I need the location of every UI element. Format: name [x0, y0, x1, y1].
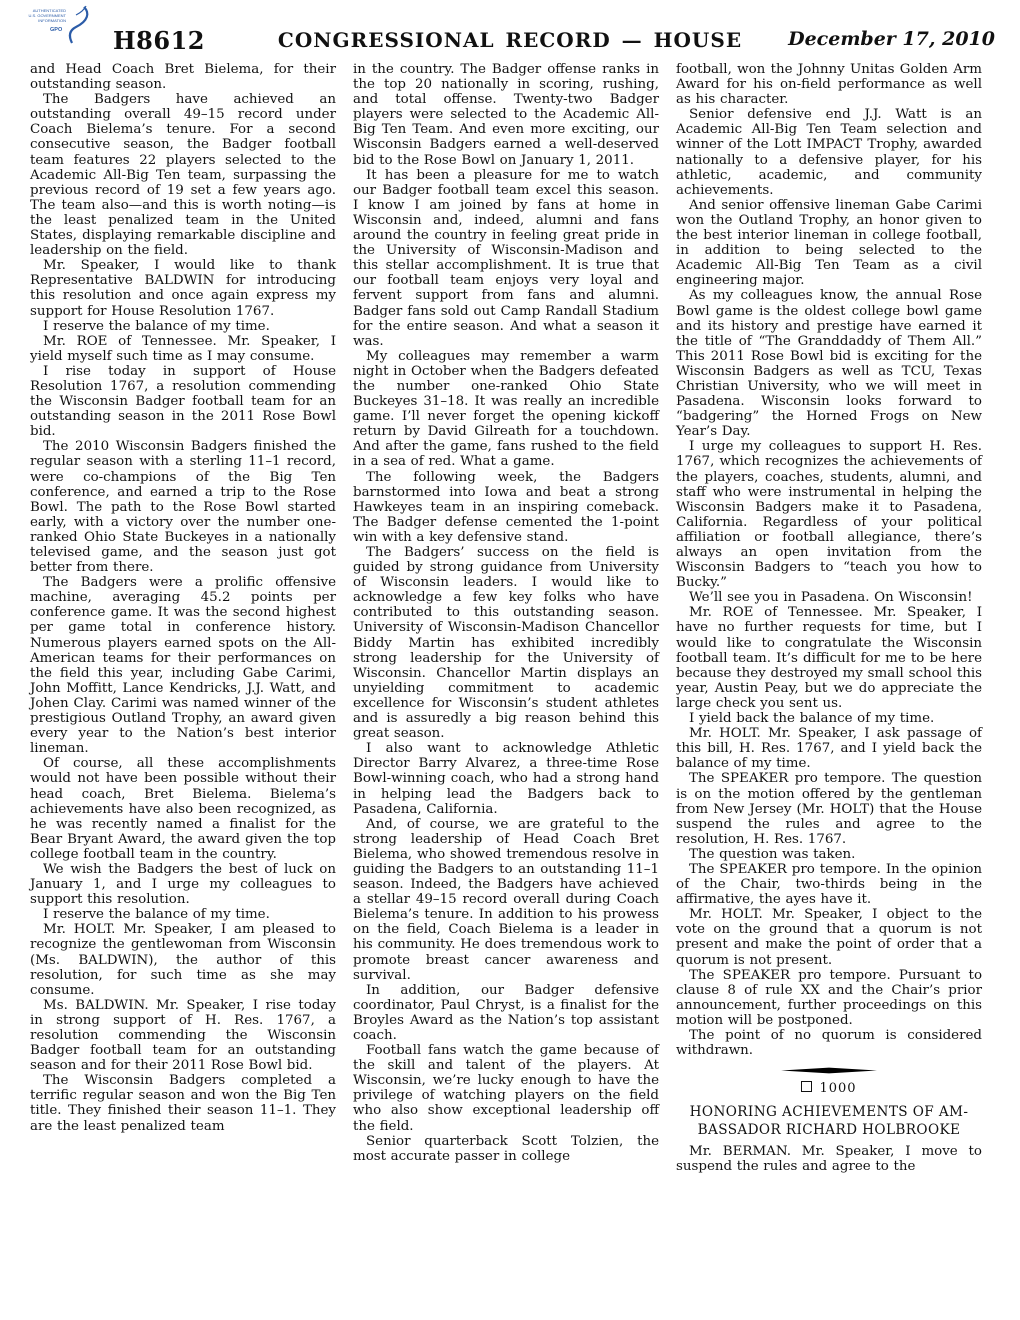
paragraph: Mr. HOLT. Mr. Speaker, I ask passage of …	[676, 726, 982, 771]
time-box-icon	[801, 1081, 812, 1092]
column-2: in the country. The Badger offense ranks…	[353, 62, 659, 1174]
paragraph: My colleagues may remember a warm night …	[353, 349, 659, 470]
paragraph: I yield back the balance of my time.	[676, 711, 982, 726]
paragraph: Of course, all these accomplishments wou…	[30, 756, 336, 862]
paragraph: I reserve the balance of my time.	[30, 907, 336, 922]
paragraph: I urge my colleagues to support H. Res. …	[676, 439, 982, 590]
text-columns: and Head Coach Bret Bielema, for their o…	[30, 62, 995, 1174]
column-1: and Head Coach Bret Bielema, for their o…	[30, 62, 336, 1174]
section-heading: HONORING ACHIEVEMENTS OF AM- BASSADOR RI…	[676, 1103, 982, 1139]
paragraph: and Head Coach Bret Bielema, for their o…	[30, 62, 336, 92]
paragraph: I reserve the balance of my time.	[30, 319, 336, 334]
column-3: football, won the Johnny Unitas Golden A…	[676, 62, 982, 1174]
paragraph: The 2010 Wisconsin Badgers finished the …	[30, 439, 336, 575]
paragraph: I rise today in support of House Resolut…	[30, 364, 336, 439]
paragraph: I also want to acknowledge Athletic Dire…	[353, 741, 659, 816]
paragraph: Football fans watch the game because of …	[353, 1043, 659, 1134]
paragraph: Mr. ROE of Tennessee. Mr. Speaker, I yie…	[30, 334, 336, 364]
time-marker: 1000	[676, 1081, 982, 1096]
paragraph: Ms. BALDWIN. Mr. Speaker, I rise today i…	[30, 998, 336, 1073]
paragraph: The question was taken.	[676, 847, 982, 862]
paragraph: The Badgers’ success on the field is gui…	[353, 545, 659, 741]
paragraph: Mr. HOLT. Mr. Speaker, I object to the v…	[676, 907, 982, 967]
paragraph: We wish the Badgers the best of luck on …	[30, 862, 336, 907]
paragraph: We’ll see you in Pasadena. On Wisconsin!	[676, 590, 982, 605]
paragraph: Mr. BERMAN. Mr. Speaker, I move to suspe…	[676, 1144, 982, 1174]
paragraph: Mr. Speaker, I would like to thank Repre…	[30, 258, 336, 318]
paragraph: The SPEAKER pro tempore. The question is…	[676, 771, 982, 846]
paragraph: And senior offensive lineman Gabe Carimi…	[676, 198, 982, 289]
paragraph: Mr. ROE of Tennessee. Mr. Speaker, I hav…	[676, 605, 982, 711]
paragraph: Senior defensive end J.J. Watt is an Aca…	[676, 107, 982, 198]
paragraph: As my colleagues know, the annual Rose B…	[676, 288, 982, 439]
paragraph: The Badgers have achieved an outstanding…	[30, 92, 336, 258]
paragraph: The SPEAKER pro tempore. In the opinion …	[676, 862, 982, 907]
time-marker-value: 1000	[819, 1081, 856, 1096]
paragraph: Mr. HOLT. Mr. Speaker, I am pleased to r…	[30, 922, 336, 997]
gpo-seal-text: AUTHENTICATED U.S. GOVERNMENT INFORMATIO…	[26, 8, 66, 23]
paragraph: Senior quarterback Scott Tolzien, the mo…	[353, 1134, 659, 1164]
record-date: December 17, 2010	[788, 28, 995, 50]
congressional-record-page: AUTHENTICATED U.S. GOVERNMENT INFORMATIO…	[0, 0, 1020, 1320]
paragraph: In addition, our Badger defensive coordi…	[353, 983, 659, 1043]
paragraph: The Badgers were a prolific offensive ma…	[30, 575, 336, 756]
paragraph: And, of course, we are grateful to the s…	[353, 817, 659, 983]
paragraph: in the country. The Badger offense ranks…	[353, 62, 659, 168]
paragraph: It has been a pleasure for me to watch o…	[353, 168, 659, 349]
paragraph: The following week, the Badgers barnstor…	[353, 470, 659, 545]
paragraph: football, won the Johnny Unitas Golden A…	[676, 62, 982, 107]
paragraph: The Wisconsin Badgers completed a terrif…	[30, 1073, 336, 1133]
paragraph: The point of no quorum is considered wit…	[676, 1028, 982, 1058]
paragraph: The SPEAKER pro tempore. Pursuant to cla…	[676, 968, 982, 1028]
section-separator	[676, 1067, 982, 1074]
page-header: H8612 CONGRESSIONAL RECORD — HOUSE Decem…	[0, 24, 1020, 60]
